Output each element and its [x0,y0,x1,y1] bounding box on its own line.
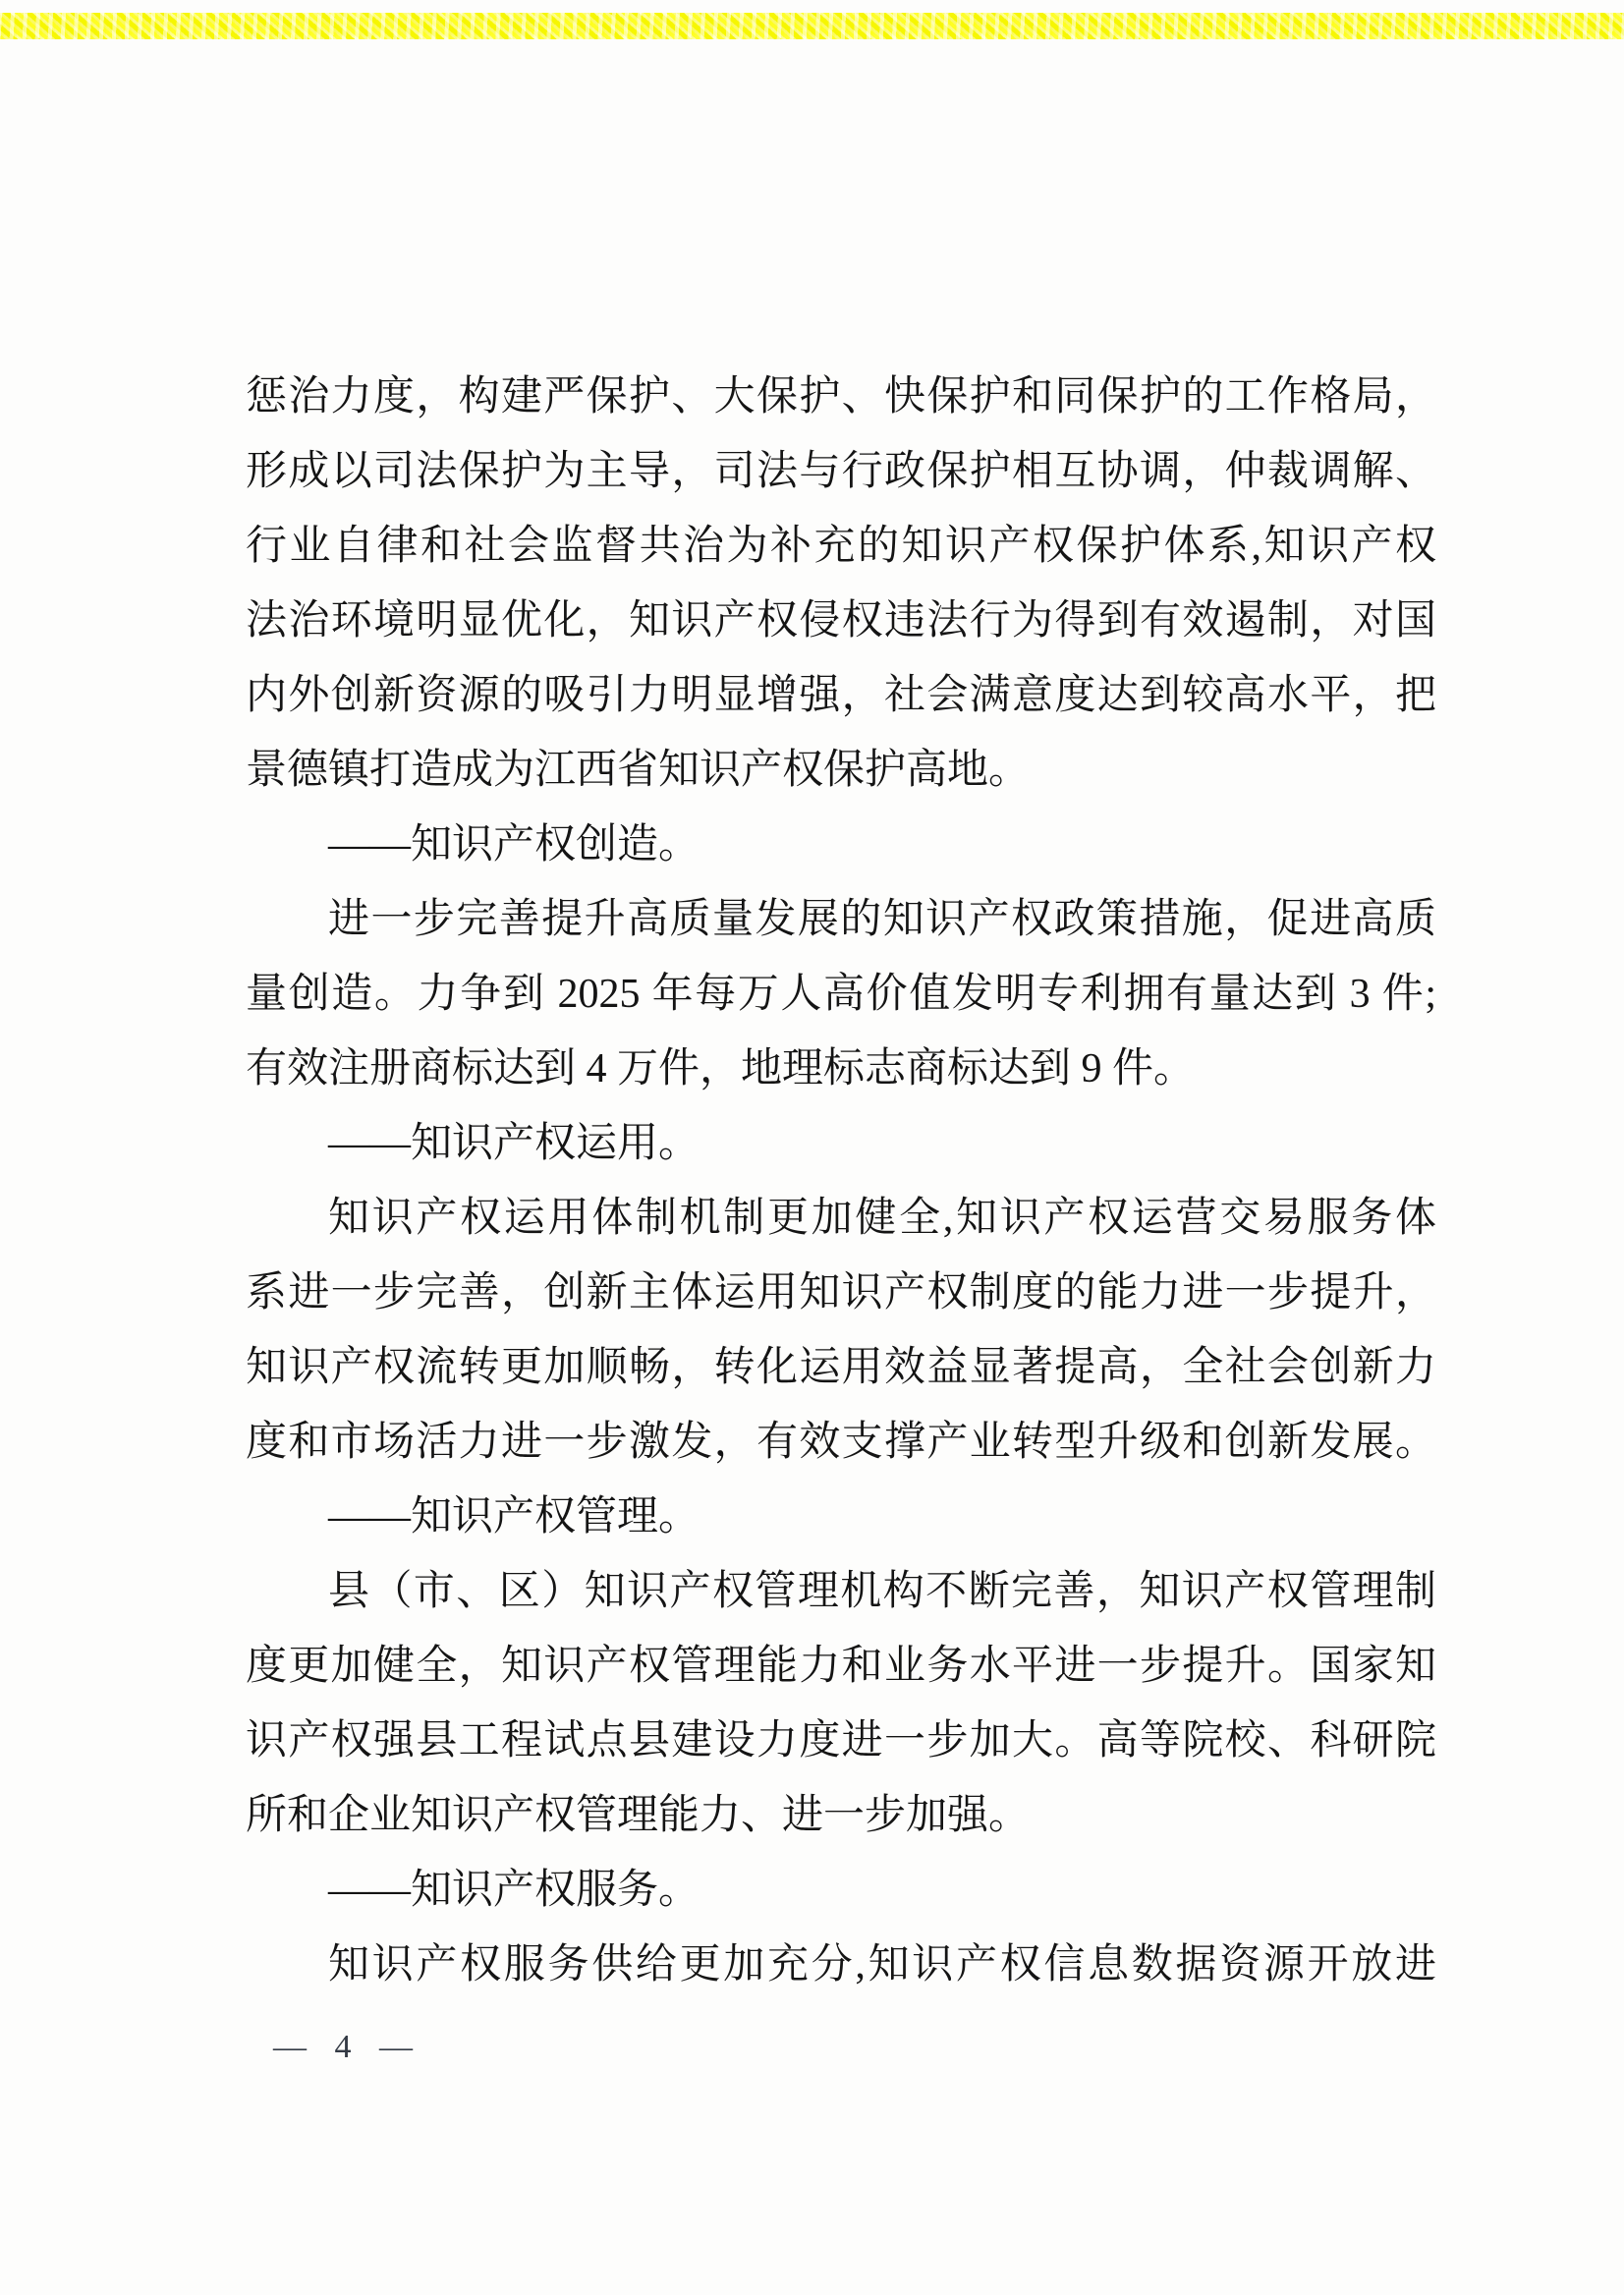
text-line: 法治环境明显优化，知识产权侵权违法行为得到有效遏制，对国 [246,584,1436,658]
section-heading: ——知识产权服务。 [246,1853,1436,1928]
text-line: 惩治力度，构建严保护、大保护、快保护和同保护的工作格局， [246,360,1436,434]
text-line: 知识产权流转更加顺畅，转化运用效益显著提高，全社会创新力 [246,1330,1436,1405]
text-line: 景德镇打造成为江西省知识产权保护高地。 [246,733,1436,808]
text-line: 行业自律和社会监督共治为补充的知识产权保护体系,知识产权 [246,509,1436,584]
text-line: 系进一步完善，创新主体运用知识产权制度的能力进一步提升， [246,1256,1436,1330]
text-line: 内外创新资源的吸引力明显增强，社会满意度达到较高水平，把 [246,658,1436,733]
text-line: 县（市、区）知识产权管理机构不断完善，知识产权管理制 [246,1554,1436,1629]
text-line: 量创造。力争到 2025 年每万人高价值发明专利拥有量达到 3 件; [246,957,1436,1032]
section-heading: ——知识产权管理。 [246,1480,1436,1554]
text-line: 知识产权服务供给更加充分,知识产权信息数据资源开放进 [246,1928,1436,2002]
text-line: 度更加健全，知识产权管理能力和业务水平进一步提升。国家知 [246,1629,1436,1704]
text-line: 有效注册商标达到 4 万件，地理标志商标达到 9 件。 [246,1032,1436,1106]
text-line: 知识产权运用体制机制更加健全,知识产权运营交易服务体 [246,1181,1436,1256]
text-line: 进一步完善提升高质量发展的知识产权政策措施，促进高质 [246,882,1436,957]
text-line: 识产权强县工程试点县建设力度进一步加大。高等院校、科研院 [246,1704,1436,1778]
document-body: 惩治力度，构建严保护、大保护、快保护和同保护的工作格局， 形成以司法保护为主导，… [246,360,1436,2002]
text-line: 形成以司法保护为主导，司法与行政保护相互协调，仲裁调解、 [246,434,1436,509]
text-line: 所和企业知识产权管理能力、进一步加强。 [246,1778,1436,1853]
page-number: — 4 — [273,2026,422,2069]
section-heading: ——知识产权创造。 [246,808,1436,882]
yellow-scan-artifact-band [0,13,1624,39]
text-line: 度和市场活力进一步激发，有效支撑产业转型升级和创新发展。 [246,1405,1436,1480]
section-heading: ——知识产权运用。 [246,1106,1436,1181]
document-page: 惩治力度，构建严保护、大保护、快保护和同保护的工作格局， 形成以司法保护为主导，… [0,0,1624,2295]
